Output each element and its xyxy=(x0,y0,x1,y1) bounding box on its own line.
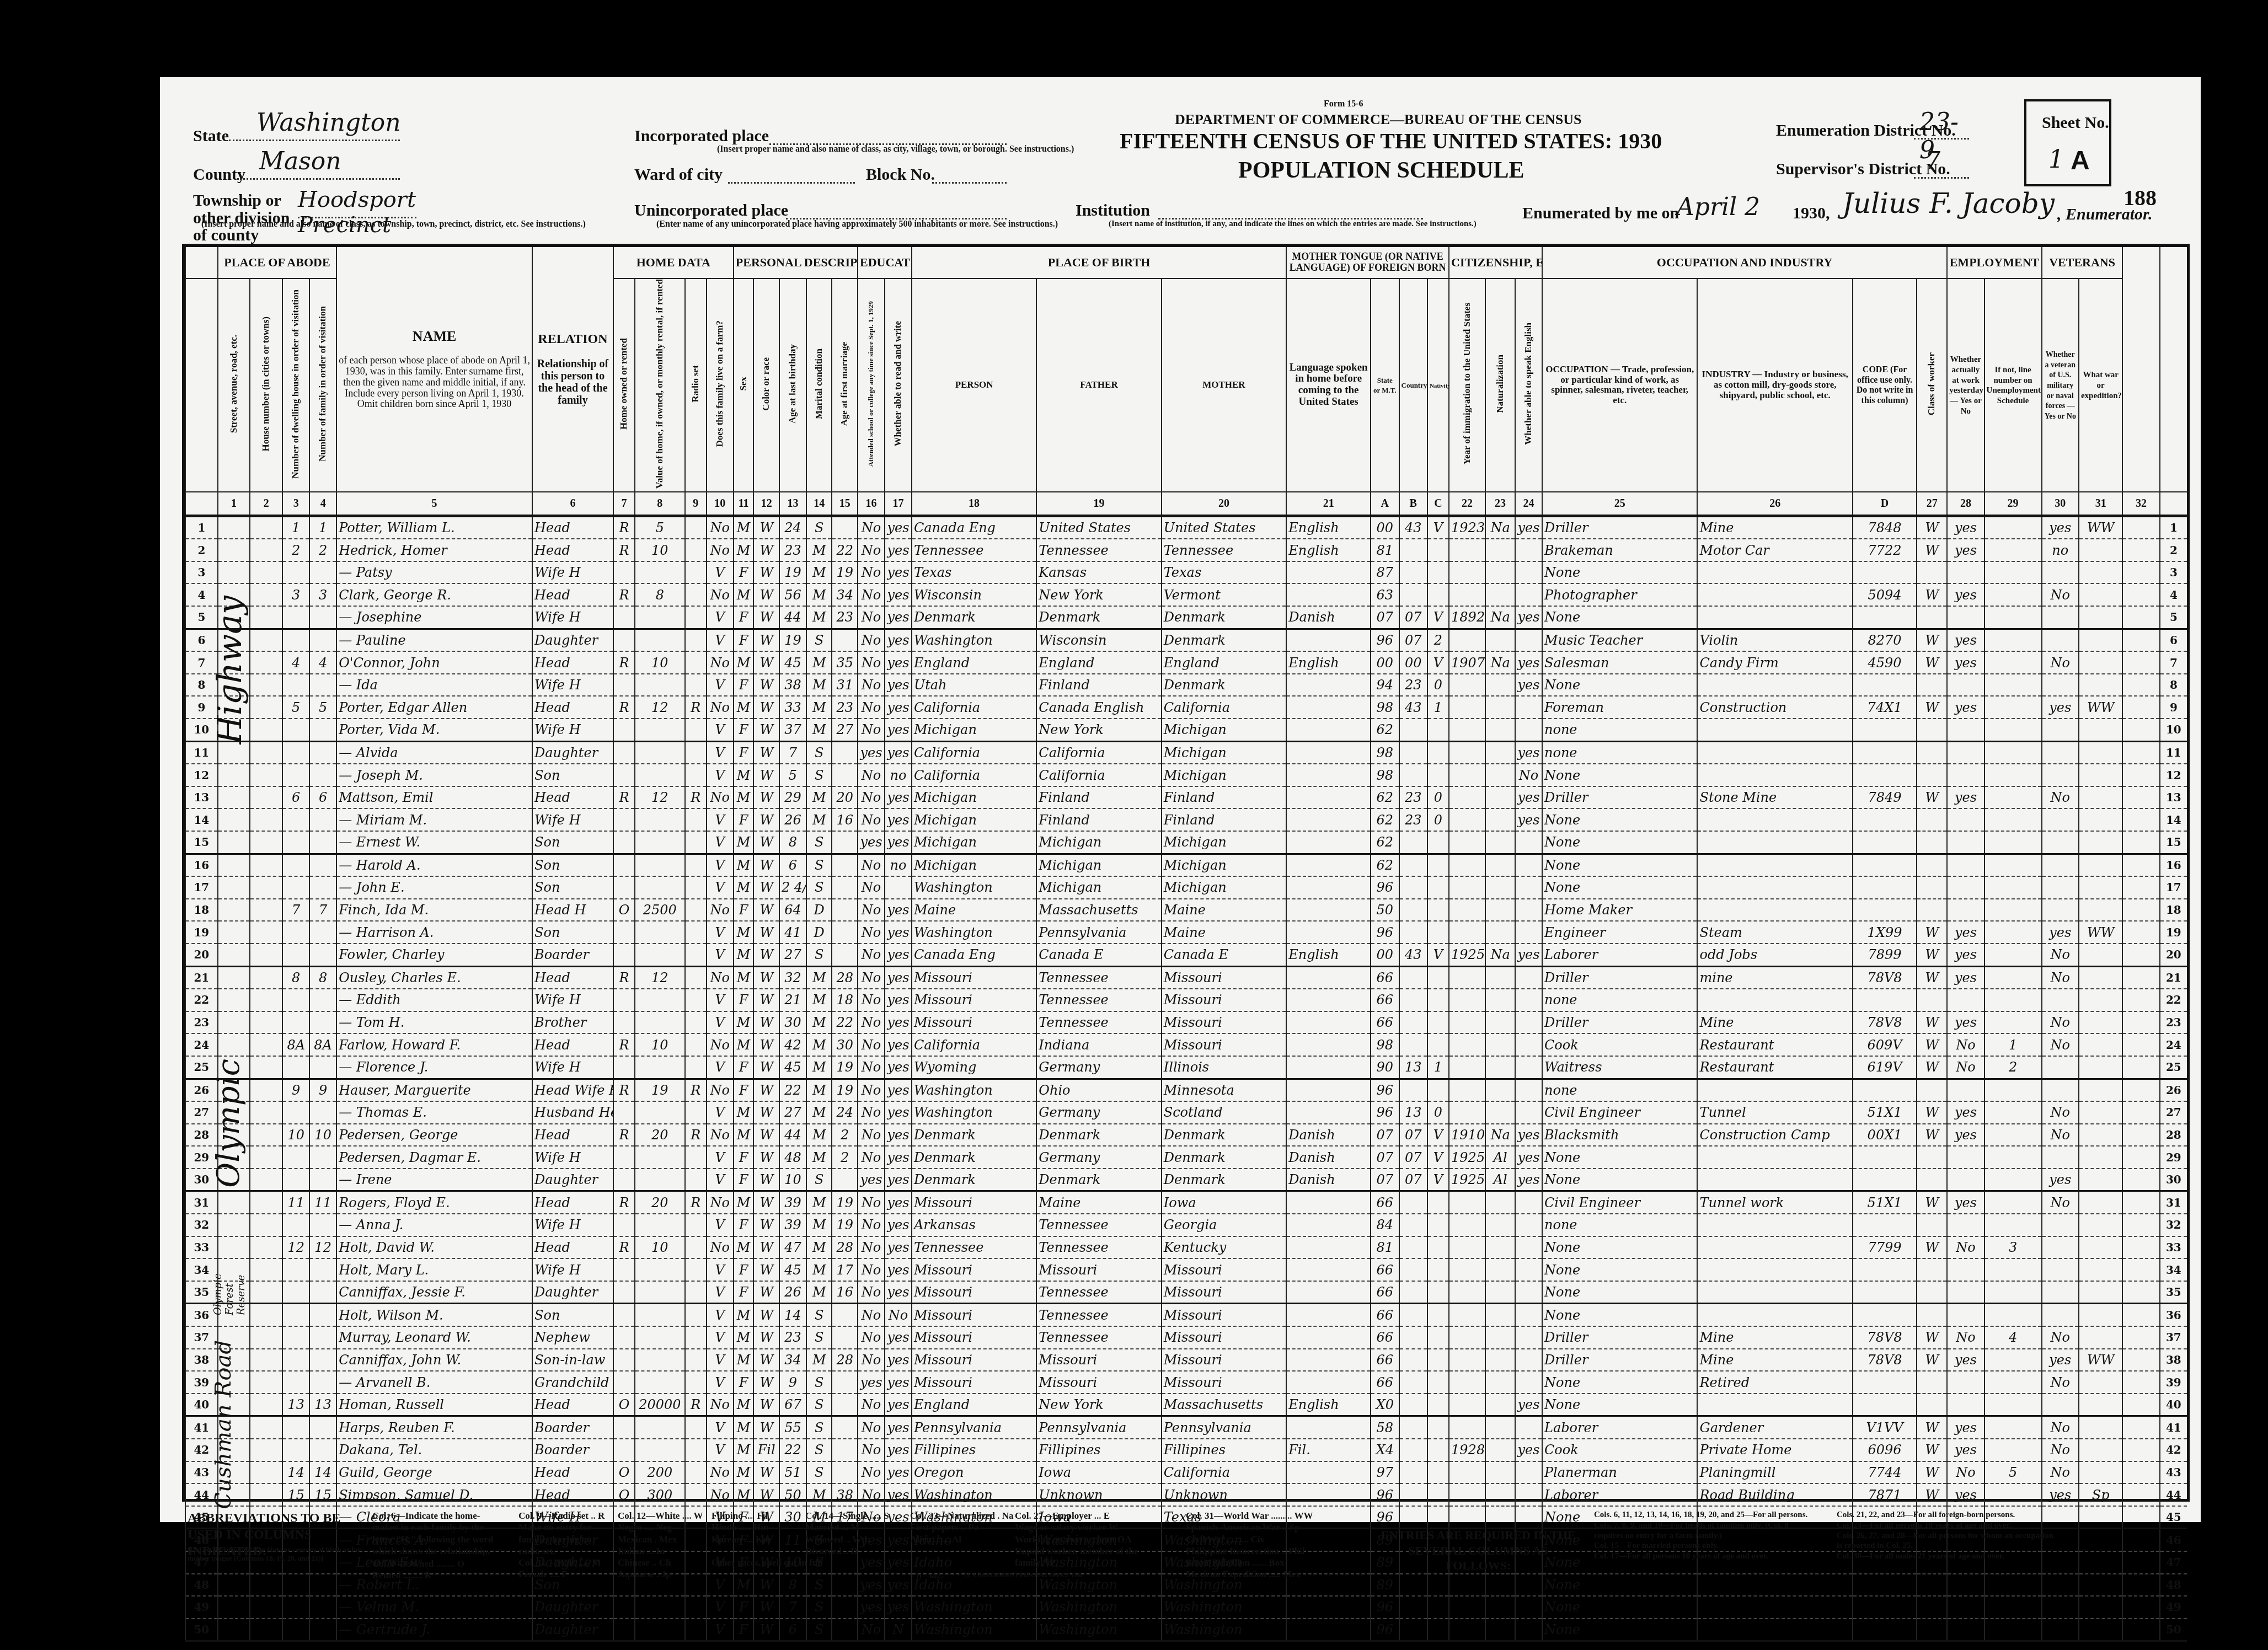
cell-eng[interactable] xyxy=(1515,1079,1542,1101)
cell-house[interactable] xyxy=(250,1304,282,1326)
cell-val[interactable] xyxy=(635,741,685,764)
cell-own[interactable]: O xyxy=(613,1461,635,1484)
cell-imm[interactable] xyxy=(1449,1619,1485,1641)
cell-work[interactable] xyxy=(1947,674,1984,697)
cell-imm[interactable] xyxy=(1449,1281,1485,1304)
cell-radio[interactable] xyxy=(685,1033,707,1056)
cell-radio[interactable] xyxy=(685,944,707,966)
cell-pob[interactable]: Fillipines xyxy=(912,1439,1036,1461)
cell-nat[interactable] xyxy=(1485,1079,1515,1101)
cell-unemp[interactable] xyxy=(1985,1349,2042,1372)
cell-fpob[interactable]: Finland xyxy=(1036,674,1161,697)
cell-a[interactable]: X4 xyxy=(1371,1439,1399,1461)
cell-read[interactable]: yes xyxy=(885,539,912,561)
cell-agem[interactable]: 34 xyxy=(832,583,858,606)
cell-own[interactable]: R xyxy=(613,651,635,674)
cell-val[interactable] xyxy=(635,1439,685,1461)
cell-cls[interactable] xyxy=(1917,1304,1947,1326)
cell-imm[interactable] xyxy=(1449,1191,1485,1214)
cell-own[interactable]: R xyxy=(613,1033,635,1056)
cell-c[interactable] xyxy=(1427,1596,1449,1619)
cell-name[interactable]: Pedersen, Dagmar E. xyxy=(336,1146,532,1169)
cell-race[interactable]: W xyxy=(753,696,779,719)
cell-cls[interactable] xyxy=(1917,741,1947,764)
cell-agem[interactable]: 35 xyxy=(832,651,858,674)
cell-radio[interactable]: R xyxy=(685,1124,707,1147)
cell-a[interactable]: 07 xyxy=(1371,1146,1399,1169)
cell-war[interactable] xyxy=(2079,629,2123,651)
cell-name[interactable]: — Tom H. xyxy=(336,1011,532,1034)
cell-agem[interactable]: 23 xyxy=(832,606,858,629)
cell-c[interactable] xyxy=(1427,966,1449,989)
cell-war[interactable] xyxy=(2079,1439,2123,1461)
cell-mpob[interactable]: Washington xyxy=(1162,1596,1286,1619)
cell-pob[interactable]: Texas xyxy=(912,561,1036,584)
cell-imm[interactable] xyxy=(1449,1304,1485,1326)
cell-sex[interactable]: M xyxy=(734,1304,754,1326)
cell-imm[interactable] xyxy=(1449,966,1485,989)
cell-nat[interactable] xyxy=(1485,876,1515,899)
cell-dw[interactable] xyxy=(282,1169,309,1191)
cell-age[interactable]: 38 xyxy=(779,674,806,697)
cell-imm[interactable] xyxy=(1449,1349,1485,1372)
cell-mar[interactable]: S xyxy=(806,944,832,966)
cell-farmsch[interactable] xyxy=(2122,1079,2159,1101)
cell-vet[interactable] xyxy=(2042,561,2079,584)
cell-eng[interactable]: yes xyxy=(1515,1439,1542,1461)
cell-occ[interactable]: None xyxy=(1542,1236,1697,1259)
cell-agem[interactable] xyxy=(832,1169,858,1191)
cell-read[interactable]: no xyxy=(885,764,912,786)
cell-lang[interactable] xyxy=(1286,1619,1371,1641)
cell-sch[interactable]: No xyxy=(858,1326,885,1349)
cell-street[interactable] xyxy=(218,1619,250,1641)
cell-c[interactable] xyxy=(1427,539,1449,561)
cell-radio[interactable] xyxy=(685,876,707,899)
cell-sex[interactable]: M xyxy=(734,1124,754,1147)
cell-agem[interactable] xyxy=(832,1304,858,1326)
cell-nat[interactable] xyxy=(1485,741,1515,764)
cell-dw[interactable] xyxy=(282,921,309,944)
cell-imm[interactable] xyxy=(1449,764,1485,786)
cell-lang[interactable] xyxy=(1286,854,1371,876)
cell-house[interactable] xyxy=(250,876,282,899)
cell-imm[interactable] xyxy=(1449,899,1485,922)
cell-read[interactable]: yes xyxy=(885,561,912,584)
cell-rel[interactable]: Head xyxy=(532,651,613,674)
cell-own[interactable] xyxy=(613,1101,635,1124)
cell-code[interactable]: 00X1 xyxy=(1853,1124,1917,1147)
cell-mpob[interactable]: Missouri xyxy=(1162,1326,1286,1349)
cell-b[interactable] xyxy=(1399,899,1427,922)
cell-age[interactable]: 6 xyxy=(779,1619,806,1641)
cell-mpob[interactable]: Denmark xyxy=(1162,1124,1286,1147)
cell-radio[interactable] xyxy=(685,854,707,876)
cell-war[interactable] xyxy=(2079,719,2123,741)
cell-fpob[interactable]: Washington xyxy=(1036,1596,1161,1619)
cell-ind[interactable]: Steam xyxy=(1697,921,1852,944)
cell-nat[interactable] xyxy=(1485,1326,1515,1349)
cell-a[interactable]: 63 xyxy=(1371,583,1399,606)
cell-sex[interactable]: M xyxy=(734,1326,754,1349)
cell-nat[interactable] xyxy=(1485,1214,1515,1236)
cell-code[interactable] xyxy=(1853,719,1917,741)
cell-sch[interactable]: No xyxy=(858,1191,885,1214)
cell-code[interactable]: 7899 xyxy=(1853,944,1917,966)
cell-read[interactable]: yes xyxy=(885,1596,912,1619)
cell-work[interactable] xyxy=(1947,1214,1984,1236)
cell-a[interactable]: 84 xyxy=(1371,1214,1399,1236)
cell-ind[interactable]: odd Jobs xyxy=(1697,944,1852,966)
cell-own[interactable] xyxy=(613,1169,635,1191)
cell-read[interactable] xyxy=(885,876,912,899)
cell-sex[interactable]: M xyxy=(734,1416,754,1439)
cell-house[interactable] xyxy=(250,719,282,741)
cell-cls[interactable]: W xyxy=(1917,1416,1947,1439)
cell-c[interactable]: 1 xyxy=(1427,1056,1449,1079)
cell-age[interactable]: 33 xyxy=(779,696,806,719)
cell-work[interactable]: yes xyxy=(1947,583,1984,606)
cell-mpob[interactable]: Missouri xyxy=(1162,1011,1286,1034)
cell-fam[interactable] xyxy=(309,1304,336,1326)
cell-radio[interactable]: R xyxy=(685,1394,707,1416)
cell-val[interactable] xyxy=(635,1169,685,1191)
cell-vet[interactable]: No xyxy=(2042,1326,2079,1349)
cell-farmsch[interactable] xyxy=(2122,854,2159,876)
cell-sex[interactable]: M xyxy=(734,539,754,561)
cell-mpob[interactable]: Canada E xyxy=(1162,944,1286,966)
cell-nat[interactable] xyxy=(1485,1236,1515,1259)
cell-b[interactable] xyxy=(1399,1483,1427,1506)
cell-work[interactable] xyxy=(1947,808,1984,831)
cell-dw[interactable] xyxy=(282,1326,309,1349)
cell-war[interactable] xyxy=(2079,741,2123,764)
cell-mar[interactable]: S xyxy=(806,876,832,899)
cell-val[interactable] xyxy=(635,944,685,966)
cell-fam[interactable] xyxy=(309,854,336,876)
cell-occ[interactable]: none xyxy=(1542,989,1697,1011)
cell-pob[interactable]: Canada Eng xyxy=(912,944,1036,966)
cell-farmsch[interactable] xyxy=(2122,989,2159,1011)
cell-fam[interactable] xyxy=(309,808,336,831)
cell-pob[interactable]: Michigan xyxy=(912,831,1036,854)
cell-sex[interactable]: M xyxy=(734,1483,754,1506)
cell-war[interactable] xyxy=(2079,1146,2123,1169)
cell-unemp[interactable] xyxy=(1985,1146,2042,1169)
cell-ind[interactable] xyxy=(1697,876,1852,899)
cell-ind[interactable]: Mine xyxy=(1697,516,1852,539)
cell-name[interactable]: — Anna J. xyxy=(336,1214,532,1236)
cell-imm[interactable] xyxy=(1449,808,1485,831)
cell-code[interactable] xyxy=(1853,606,1917,629)
cell-read[interactable]: yes xyxy=(885,831,912,854)
cell-a[interactable]: 66 xyxy=(1371,989,1399,1011)
cell-code[interactable] xyxy=(1853,741,1917,764)
cell-lang[interactable] xyxy=(1286,966,1371,989)
cell-sch[interactable]: No xyxy=(858,583,885,606)
cell-unemp[interactable] xyxy=(1985,1304,2042,1326)
cell-age[interactable]: 22 xyxy=(779,1079,806,1101)
cell-age[interactable]: 9 xyxy=(779,1371,806,1394)
cell-fpob[interactable]: Missouri xyxy=(1036,1349,1161,1372)
cell-work[interactable]: yes xyxy=(1947,651,1984,674)
cell-eng[interactable] xyxy=(1515,1304,1542,1326)
cell-farmsch[interactable] xyxy=(2122,831,2159,854)
cell-vet[interactable]: No xyxy=(2042,1371,2079,1394)
cell-work[interactable]: yes xyxy=(1947,1101,1984,1124)
cell-sex[interactable]: M xyxy=(734,696,754,719)
cell-age[interactable]: 26 xyxy=(779,1281,806,1304)
cell-eng[interactable]: yes xyxy=(1515,741,1542,764)
cell-farm[interactable]: No xyxy=(707,516,734,539)
cell-fam[interactable]: 14 xyxy=(309,1461,336,1484)
cell-name[interactable]: — Thomas E. xyxy=(336,1101,532,1124)
cell-occ[interactable]: None xyxy=(1542,674,1697,697)
cell-work[interactable]: yes xyxy=(1947,629,1984,651)
cell-race[interactable]: W xyxy=(753,1483,779,1506)
cell-unemp[interactable] xyxy=(1985,561,2042,584)
cell-war[interactable]: Sp xyxy=(2079,1483,2123,1506)
cell-mar[interactable]: S xyxy=(806,1439,832,1461)
cell-dw[interactable] xyxy=(282,876,309,899)
cell-own[interactable]: R xyxy=(613,1079,635,1101)
cell-vet[interactable]: No xyxy=(2042,786,2079,809)
cell-fpob[interactable]: Wisconsin xyxy=(1036,629,1161,651)
cell-fam[interactable] xyxy=(309,1281,336,1304)
cell-war[interactable]: WW xyxy=(2079,696,2123,719)
cell-sch[interactable]: No xyxy=(858,1079,885,1101)
cell-code[interactable] xyxy=(1853,1281,1917,1304)
cell-val[interactable] xyxy=(635,1349,685,1372)
cell-cls[interactable]: W xyxy=(1917,944,1947,966)
cell-nat[interactable]: Na xyxy=(1485,516,1515,539)
cell-nat[interactable] xyxy=(1485,1619,1515,1641)
cell-house[interactable] xyxy=(250,764,282,786)
cell-c[interactable]: V xyxy=(1427,1146,1449,1169)
cell-radio[interactable] xyxy=(685,741,707,764)
cell-read[interactable]: yes xyxy=(885,1281,912,1304)
cell-nat[interactable]: Al xyxy=(1485,1169,1515,1191)
cell-c[interactable] xyxy=(1427,741,1449,764)
cell-mpob[interactable]: Washington xyxy=(1162,1619,1286,1641)
cell-race[interactable]: W xyxy=(753,1011,779,1034)
cell-fam[interactable]: 5 xyxy=(309,696,336,719)
cell-farmsch[interactable] xyxy=(2122,1416,2159,1439)
cell-agem[interactable]: 23 xyxy=(832,696,858,719)
cell-code[interactable]: 619V xyxy=(1853,1056,1917,1079)
cell-vet[interactable]: No xyxy=(2042,944,2079,966)
cell-vet[interactable]: No xyxy=(2042,1191,2079,1214)
cell-name[interactable]: — Ernest W. xyxy=(336,831,532,854)
cell-occ[interactable]: None xyxy=(1542,1258,1697,1281)
cell-sex[interactable]: M xyxy=(734,854,754,876)
cell-own[interactable] xyxy=(613,561,635,584)
cell-pob[interactable]: Washington xyxy=(912,629,1036,651)
cell-occ[interactable]: None xyxy=(1542,1596,1697,1619)
township-field[interactable]: Hoodsport Precinct xyxy=(298,196,416,218)
cell-name[interactable]: — Eddith xyxy=(336,989,532,1011)
cell-pob[interactable]: Missouri xyxy=(912,1326,1036,1349)
cell-house[interactable] xyxy=(250,583,282,606)
cell-work[interactable] xyxy=(1947,989,1984,1011)
cell-street[interactable] xyxy=(218,786,250,809)
cell-code[interactable] xyxy=(1853,1079,1917,1101)
cell-mpob[interactable]: Missouri xyxy=(1162,1349,1286,1372)
cell-eng[interactable] xyxy=(1515,1258,1542,1281)
cell-farm[interactable]: No xyxy=(707,1394,734,1416)
cell-sex[interactable]: M xyxy=(734,944,754,966)
cell-farmsch[interactable] xyxy=(2122,808,2159,831)
cell-val[interactable] xyxy=(635,1101,685,1124)
cell-radio[interactable] xyxy=(685,808,707,831)
cell-b[interactable]: 23 xyxy=(1399,808,1427,831)
cell-lang[interactable] xyxy=(1286,629,1371,651)
cell-cls[interactable]: W xyxy=(1917,786,1947,809)
cell-rel[interactable]: Head xyxy=(532,1191,613,1214)
cell-nat[interactable] xyxy=(1485,1394,1515,1416)
cell-val[interactable] xyxy=(635,719,685,741)
cell-read[interactable]: yes xyxy=(885,1258,912,1281)
cell-house[interactable] xyxy=(250,1416,282,1439)
cell-sch[interactable]: yes xyxy=(858,1371,885,1394)
cell-lang[interactable] xyxy=(1286,764,1371,786)
cell-mar[interactable]: S xyxy=(806,1416,832,1439)
cell-rel[interactable]: Head Wife H xyxy=(532,1079,613,1101)
cell-radio[interactable] xyxy=(685,921,707,944)
cell-code[interactable] xyxy=(1853,899,1917,922)
supervisor-field[interactable]: 7 xyxy=(1914,157,1969,179)
cell-fpob[interactable]: Indiana xyxy=(1036,1033,1161,1056)
cell-farm[interactable]: V xyxy=(707,1619,734,1641)
cell-fpob[interactable]: Maine xyxy=(1036,1191,1161,1214)
cell-house[interactable] xyxy=(250,808,282,831)
cell-occ[interactable]: none xyxy=(1542,1214,1697,1236)
enum-district-field[interactable]: 23-9 xyxy=(1914,117,1969,140)
cell-code[interactable] xyxy=(1853,1619,1917,1641)
cell-rel[interactable]: Boarder xyxy=(532,944,613,966)
cell-unemp[interactable]: 1 xyxy=(1985,1033,2042,1056)
cell-mar[interactable]: M xyxy=(806,1236,832,1259)
cell-own[interactable] xyxy=(613,1326,635,1349)
cell-nat[interactable] xyxy=(1485,1371,1515,1394)
cell-vet[interactable]: yes xyxy=(2042,516,2079,539)
cell-age[interactable]: 32 xyxy=(779,966,806,989)
cell-mpob[interactable]: Denmark xyxy=(1162,1146,1286,1169)
cell-val[interactable] xyxy=(635,629,685,651)
cell-war[interactable] xyxy=(2079,1101,2123,1124)
cell-age[interactable]: 67 xyxy=(779,1394,806,1416)
cell-val[interactable]: 20 xyxy=(635,1191,685,1214)
cell-own[interactable]: R xyxy=(613,1236,635,1259)
cell-a[interactable]: 66 xyxy=(1371,1371,1399,1394)
cell-occ[interactable]: Driller xyxy=(1542,1349,1697,1372)
cell-work[interactable]: yes xyxy=(1947,1124,1984,1147)
cell-mar[interactable]: S xyxy=(806,1596,832,1619)
cell-pob[interactable]: Arkansas xyxy=(912,1214,1036,1236)
cell-vet[interactable] xyxy=(2042,674,2079,697)
cell-age[interactable]: 27 xyxy=(779,1101,806,1124)
cell-val[interactable] xyxy=(635,1011,685,1034)
cell-farmsch[interactable] xyxy=(2122,651,2159,674)
cell-street[interactable] xyxy=(218,966,250,989)
cell-farm[interactable]: V xyxy=(707,629,734,651)
cell-sch[interactable]: No xyxy=(858,1349,885,1372)
cell-fam[interactable] xyxy=(309,1371,336,1394)
cell-agem[interactable] xyxy=(832,899,858,922)
cell-mpob[interactable]: California xyxy=(1162,1461,1286,1484)
cell-mpob[interactable]: Scotland xyxy=(1162,1101,1286,1124)
unincorporated-field[interactable] xyxy=(786,207,1007,219)
cell-mpob[interactable]: England xyxy=(1162,651,1286,674)
cell-sex[interactable]: F xyxy=(734,674,754,697)
cell-cls[interactable] xyxy=(1917,1394,1947,1416)
cell-fpob[interactable]: Denmark xyxy=(1036,1169,1161,1191)
cell-read[interactable]: yes xyxy=(885,651,912,674)
cell-fpob[interactable]: Tennessee xyxy=(1036,966,1161,989)
cell-occ[interactable]: none xyxy=(1542,719,1697,741)
cell-sex[interactable]: M xyxy=(734,1439,754,1461)
cell-nat[interactable] xyxy=(1485,1416,1515,1439)
cell-house[interactable] xyxy=(250,1461,282,1484)
cell-eng[interactable]: yes xyxy=(1515,674,1542,697)
cell-occ[interactable]: Driller xyxy=(1542,1326,1697,1349)
cell-unemp[interactable] xyxy=(1985,1483,2042,1506)
cell-age[interactable]: 19 xyxy=(779,629,806,651)
cell-mpob[interactable]: Michigan xyxy=(1162,741,1286,764)
cell-ind[interactable] xyxy=(1697,1169,1852,1191)
cell-lang[interactable] xyxy=(1286,1596,1371,1619)
cell-code[interactable] xyxy=(1853,1214,1917,1236)
cell-race[interactable]: W xyxy=(753,674,779,697)
cell-dw[interactable]: 6 xyxy=(282,786,309,809)
cell-street[interactable] xyxy=(218,561,250,584)
cell-lang[interactable] xyxy=(1286,786,1371,809)
cell-own[interactable] xyxy=(613,674,635,697)
cell-val[interactable] xyxy=(635,1371,685,1394)
cell-mar[interactable]: S xyxy=(806,854,832,876)
cell-mpob[interactable]: Maine xyxy=(1162,921,1286,944)
cell-b[interactable]: 07 xyxy=(1399,1169,1427,1191)
cell-farm[interactable]: No xyxy=(707,786,734,809)
cell-c[interactable]: 0 xyxy=(1427,674,1449,697)
cell-code[interactable] xyxy=(1853,808,1917,831)
cell-vet[interactable]: no xyxy=(2042,539,2079,561)
cell-sex[interactable]: F xyxy=(734,808,754,831)
cell-unemp[interactable] xyxy=(1985,786,2042,809)
cell-sex[interactable]: M xyxy=(734,786,754,809)
cell-name[interactable]: Hedrick, Homer xyxy=(336,539,532,561)
cell-a[interactable]: 62 xyxy=(1371,786,1399,809)
cell-a[interactable]: 87 xyxy=(1371,561,1399,584)
cell-war[interactable] xyxy=(2079,876,2123,899)
cell-farmsch[interactable] xyxy=(2122,1281,2159,1304)
cell-name[interactable]: Holt, Wilson M. xyxy=(336,1304,532,1326)
cell-a[interactable]: 62 xyxy=(1371,854,1399,876)
cell-b[interactable]: 43 xyxy=(1399,696,1427,719)
cell-street[interactable] xyxy=(218,1596,250,1619)
cell-agem[interactable] xyxy=(832,921,858,944)
cell-read[interactable]: yes xyxy=(885,516,912,539)
cell-val[interactable] xyxy=(635,854,685,876)
cell-mpob[interactable]: Missouri xyxy=(1162,1258,1286,1281)
cell-street[interactable] xyxy=(218,944,250,966)
cell-farm[interactable]: V xyxy=(707,1304,734,1326)
cell-work[interactable] xyxy=(1947,1146,1984,1169)
cell-read[interactable]: yes xyxy=(885,674,912,697)
cell-pob[interactable]: Utah xyxy=(912,674,1036,697)
cell-read[interactable]: yes xyxy=(885,1349,912,1372)
cell-cls[interactable]: W xyxy=(1917,583,1947,606)
